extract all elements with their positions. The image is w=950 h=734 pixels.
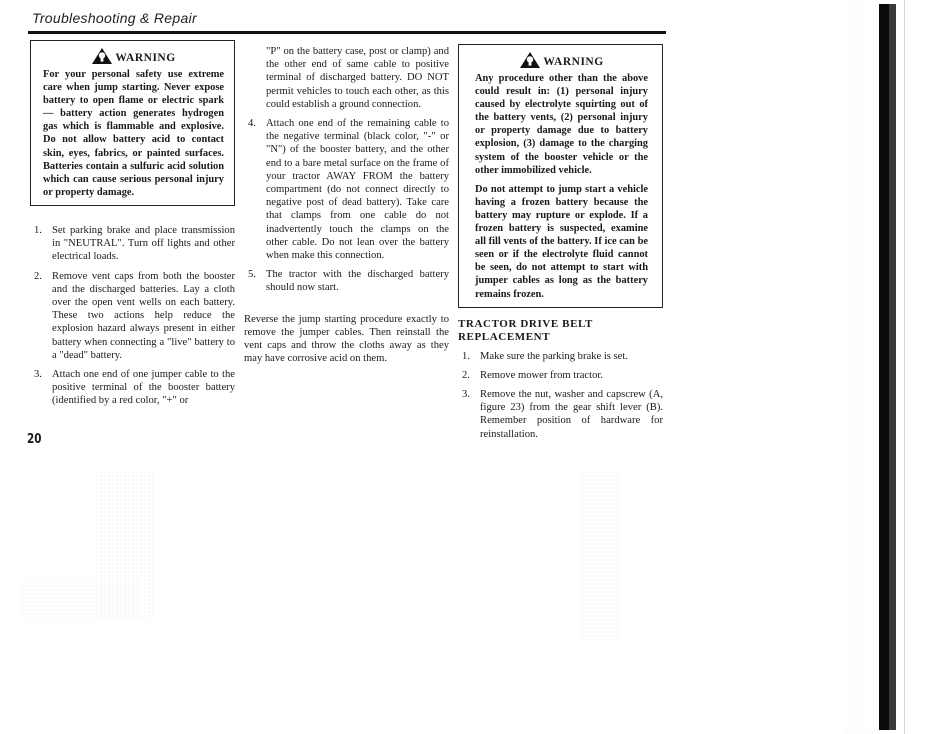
page-number: 20 bbox=[27, 432, 41, 447]
step-number: 2. bbox=[30, 270, 52, 362]
list-item: 5. The tractor with the discharged batte… bbox=[244, 268, 449, 294]
warning-text: For your personal safety use extreme car… bbox=[43, 68, 224, 199]
step-text: Remove mower from tractor. bbox=[480, 369, 663, 382]
step-text: Attach one end of one jumper cable to th… bbox=[52, 368, 235, 408]
warning-label: WARNING bbox=[115, 52, 175, 65]
scan-noise bbox=[580, 470, 620, 640]
warning-paragraph: Any procedure other than the above could… bbox=[475, 72, 648, 177]
header-rule bbox=[28, 31, 666, 34]
list-item: 2. Remove mower from tractor. bbox=[458, 369, 663, 382]
step-text: Set parking brake and place transmission… bbox=[52, 224, 235, 264]
warning-box-procedure: WARNING Any procedure other than the abo… bbox=[458, 44, 663, 308]
step-number: 2. bbox=[458, 369, 480, 382]
scan-noise bbox=[20, 580, 140, 620]
warning-heading: WARNING bbox=[475, 51, 648, 69]
step-text: Make sure the parking brake is set. bbox=[480, 350, 663, 363]
step-number: 3. bbox=[30, 368, 52, 408]
drive-belt-steps-list: 1. Make sure the parking brake is set. 2… bbox=[458, 350, 663, 441]
column-1: WARNING For your personal safety use ext… bbox=[30, 40, 235, 414]
section-title: TRACTOR DRIVE BELT REPLACEMENT bbox=[458, 318, 663, 344]
step-text: The tractor with the discharged battery … bbox=[266, 268, 449, 294]
scan-noise bbox=[845, 0, 870, 734]
column-2: "P" on the battery case, post or clamp) … bbox=[244, 45, 449, 365]
step-number: 5. bbox=[244, 268, 266, 294]
jump-start-steps-list-continued: 4. Attach one end of the remaining cable… bbox=[244, 117, 449, 295]
warning-box-safety: WARNING For your personal safety use ext… bbox=[30, 40, 235, 206]
step-text: Attach one end of the remaining cable to… bbox=[266, 117, 449, 262]
section-title-line: REPLACEMENT bbox=[458, 331, 663, 344]
warning-triangle-icon bbox=[519, 51, 541, 69]
step-number: 1. bbox=[458, 350, 480, 363]
warning-label: WARNING bbox=[543, 56, 603, 69]
step-number: 4. bbox=[244, 117, 266, 262]
list-item: 2. Remove vent caps from both the booste… bbox=[30, 270, 235, 362]
step-text: Remove vent caps from both the booster a… bbox=[52, 270, 235, 362]
step-3-continuation: "P" on the battery case, post or clamp) … bbox=[244, 45, 449, 111]
warning-paragraph: Do not attempt to jump start a vehicle h… bbox=[475, 183, 648, 301]
step-number: 1. bbox=[30, 224, 52, 264]
list-item: 1. Set parking brake and place transmiss… bbox=[30, 224, 235, 264]
step-text: Remove the nut, washer and capscrew (A, … bbox=[480, 388, 663, 441]
page-binding-edge bbox=[879, 4, 896, 730]
list-item: 3. Remove the nut, washer and capscrew (… bbox=[458, 388, 663, 441]
list-item: 4. Attach one end of the remaining cable… bbox=[244, 117, 449, 262]
warning-heading: WARNING bbox=[43, 47, 224, 65]
section-header-title: Troubleshooting & Repair bbox=[32, 10, 197, 26]
list-item: 3. Attach one end of one jumper cable to… bbox=[30, 368, 235, 408]
list-item: 1. Make sure the parking brake is set. bbox=[458, 350, 663, 363]
closing-paragraph: Reverse the jump starting procedure exac… bbox=[244, 313, 449, 366]
step-number: 3. bbox=[458, 388, 480, 441]
section-title-line: TRACTOR DRIVE BELT bbox=[458, 318, 663, 331]
warning-triangle-icon bbox=[91, 47, 113, 65]
column-3: WARNING Any procedure other than the abo… bbox=[458, 44, 663, 447]
page-edge-line bbox=[904, 0, 905, 734]
jump-start-steps-list: 1. Set parking brake and place transmiss… bbox=[30, 224, 235, 408]
